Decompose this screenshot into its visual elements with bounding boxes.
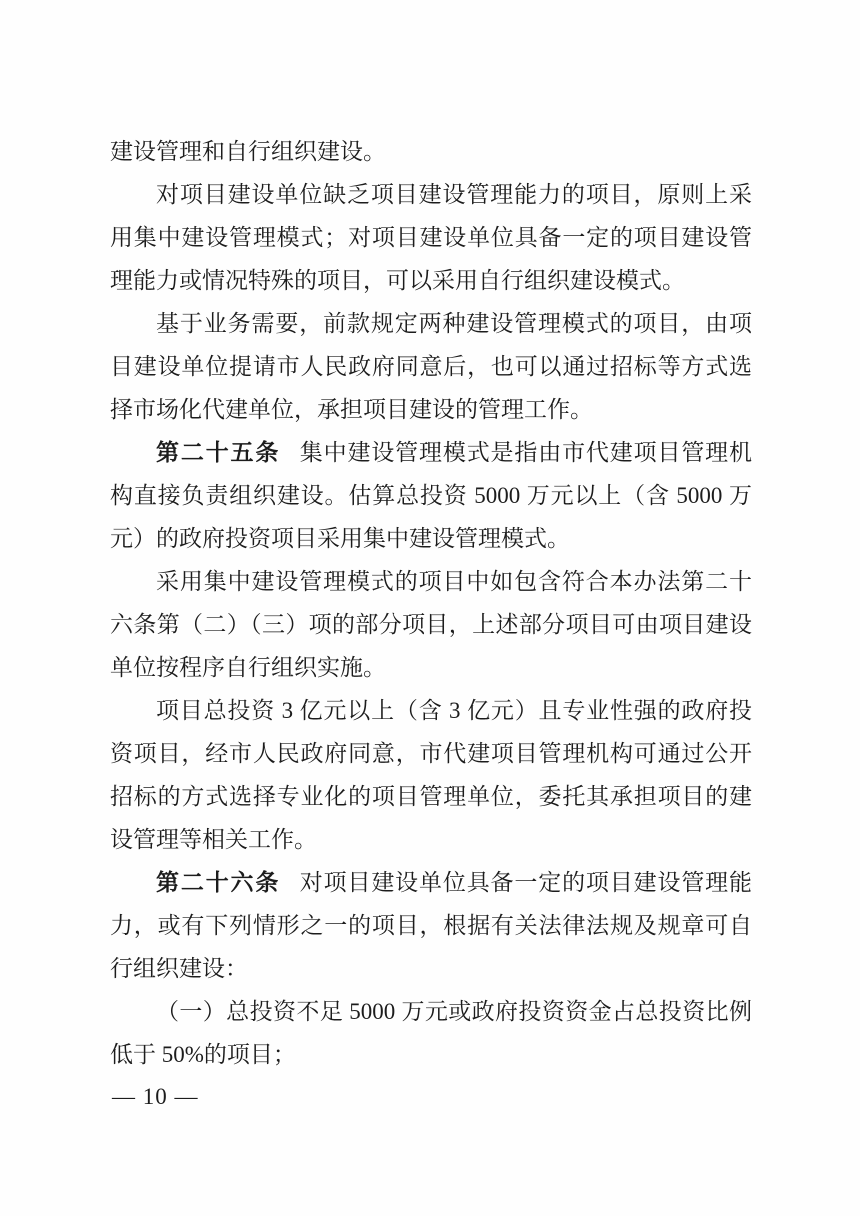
paragraph-text: 采用集中建设管理模式的项目中如包含符合本办法第二十六条第（二）（三）项的部分项目… [110,569,752,680]
paragraph-text: 建设管理和自行组织建设。 [110,139,386,164]
article-number-label: 第二十五条 [156,439,280,465]
paragraph-continuation: 建设管理和自行组织建设。 [110,130,752,173]
paragraph-text: 项目总投资 3 亿元以上（含 3 亿元）且专业性强的政府投资项目，经市人民政府同… [110,698,752,852]
document-page: 建设管理和自行组织建设。 对项目建设单位缺乏项目建设管理能力的项目，原则上采用集… [0,0,860,1216]
paragraph: 基于业务需要，前款规定两种建设管理模式的项目，由项目建设单位提请市人民政府同意后… [110,302,752,431]
paragraph-list-item-1: （一）总投资不足 5000 万元或政府投资资金占总投资比例低于 50%的项目； [110,990,752,1076]
paragraph: 采用集中建设管理模式的项目中如包含符合本办法第二十六条第（二）（三）项的部分项目… [110,560,752,689]
paragraph-article-26: 第二十六条对项目建设单位具备一定的项目建设管理能力，或有下列情形之一的项目，根据… [110,861,752,990]
paragraph-text: （一）总投资不足 5000 万元或政府投资资金占总投资比例低于 50%的项目； [110,999,752,1067]
paragraph-article-25: 第二十五条集中建设管理模式是指由市代建项目管理机构直接负责组织建设。估算总投资 … [110,431,752,560]
document-body: 建设管理和自行组织建设。 对项目建设单位缺乏项目建设管理能力的项目，原则上采用集… [110,130,752,1076]
paragraph: 项目总投资 3 亿元以上（含 3 亿元）且专业性强的政府投资项目，经市人民政府同… [110,689,752,861]
paragraph: 对项目建设单位缺乏项目建设管理能力的项目，原则上采用集中建设管理模式；对项目建设… [110,173,752,302]
paragraph-text: 对项目建设单位缺乏项目建设管理能力的项目，原则上采用集中建设管理模式；对项目建设… [110,182,752,293]
page-number: — 10 — [112,1082,199,1112]
article-number-label: 第二十六条 [156,869,280,895]
paragraph-text: 基于业务需要，前款规定两种建设管理模式的项目，由项目建设单位提请市人民政府同意后… [110,311,752,422]
